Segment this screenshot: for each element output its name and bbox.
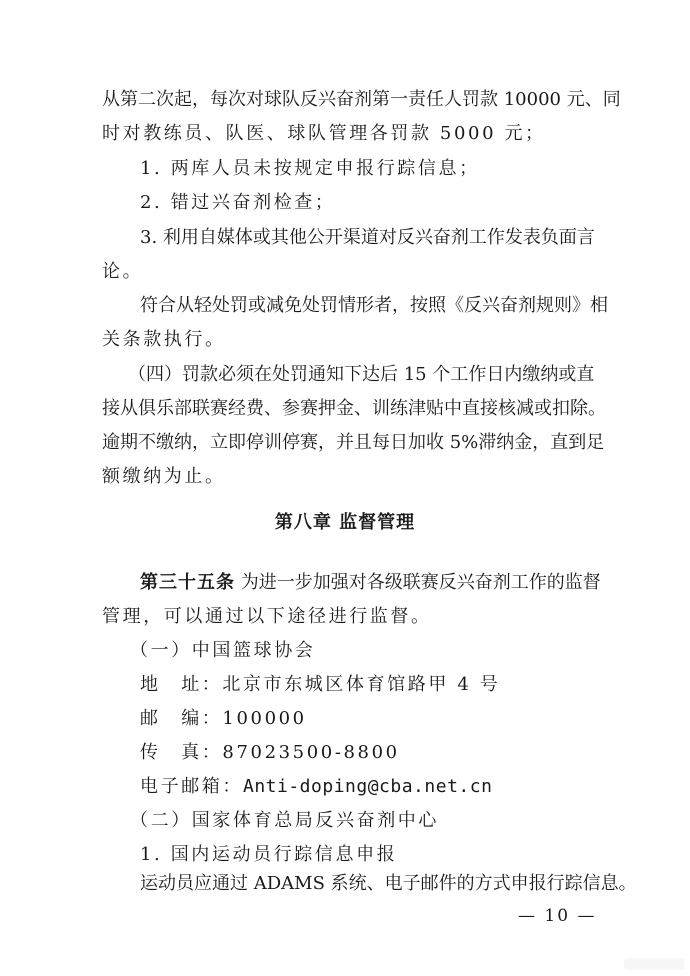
email-value: Anti-doping@cba.net.cn: [243, 776, 492, 797]
paragraph-line: 运动员应通过 ADAMS 系统、电子邮件的方式申报行踪信息。: [140, 872, 588, 896]
postcode-row: 邮 编：100000: [140, 707, 626, 731]
list-item: 2. 错过兴奋剂检查；: [140, 191, 626, 215]
paragraph-line: 管理，可以通过以下途径进行监督。: [102, 605, 588, 629]
document-page: 从第二次起，每次对球队反兴奋剂第一责任人罚款 10000 元、同 时对教练员、队…: [0, 0, 690, 976]
article-text: 为进一步加强对各级联赛反兴奋剂工作的监督: [241, 572, 601, 593]
watermark-image: [624, 958, 684, 970]
paragraph-line: 时对教练员、队医、球队管理各罚款 5000 元；: [102, 122, 588, 146]
paragraph-line: 额缴纳为止。: [102, 465, 588, 489]
page-number: — 10 —: [518, 906, 596, 926]
paragraph-line: 逾期不缴纳，立即停训停赛，并且每日加收 5%滞纳金，直到足: [102, 431, 588, 455]
fax-value: 87023500-8800: [222, 742, 399, 763]
fax-row: 传 真：87023500-8800: [140, 741, 626, 765]
paragraph-line: 符合从轻处罚或减免处罚情形者，按照《反兴奋剂规则》相: [140, 294, 588, 318]
paragraph-line: （四）罚款必须在处罚通知下达后 15 个工作日内缴纳或直: [128, 363, 588, 387]
paragraph-line: 接从俱乐部联赛经费、参赛押金、训练津贴中直接核减或扣除。: [102, 397, 588, 421]
chapter-title: 第八章 监督管理: [0, 508, 690, 534]
list-item: 3. 利用自媒体或其他公开渠道对反兴奋剂工作发表负面言: [140, 226, 588, 250]
org-title: （一）中国篮球协会: [130, 639, 616, 663]
article-line: 第三十五条 为进一步加强对各级联赛反兴奋剂工作的监督: [140, 571, 588, 595]
email-label: 电子邮箱：: [140, 776, 243, 797]
org-title: （二）国家体育总局反兴奋剂中心: [130, 809, 616, 833]
list-item: 1. 两库人员未按规定申报行踪信息；: [140, 157, 626, 181]
address-row: 地 址：北京市东城区体育馆路甲 4 号: [140, 673, 626, 697]
address-value: 北京市东城区体育馆路甲 4 号: [222, 674, 500, 695]
fax-label: 传 真：: [140, 742, 222, 763]
article-number: 第三十五条: [140, 572, 235, 593]
paragraph-line: 论。: [102, 260, 588, 284]
sub-item: 1. 国内运动员行踪信息申报: [140, 843, 626, 867]
postcode-label: 邮 编：: [140, 708, 222, 729]
address-label: 地 址：: [140, 674, 222, 695]
email-row: 电子邮箱：Anti-doping@cba.net.cn: [140, 775, 626, 799]
postcode-value: 100000: [222, 708, 306, 729]
paragraph-line: 关条款执行。: [102, 328, 588, 352]
paragraph-line: 从第二次起，每次对球队反兴奋剂第一责任人罚款 10000 元、同: [102, 88, 588, 112]
